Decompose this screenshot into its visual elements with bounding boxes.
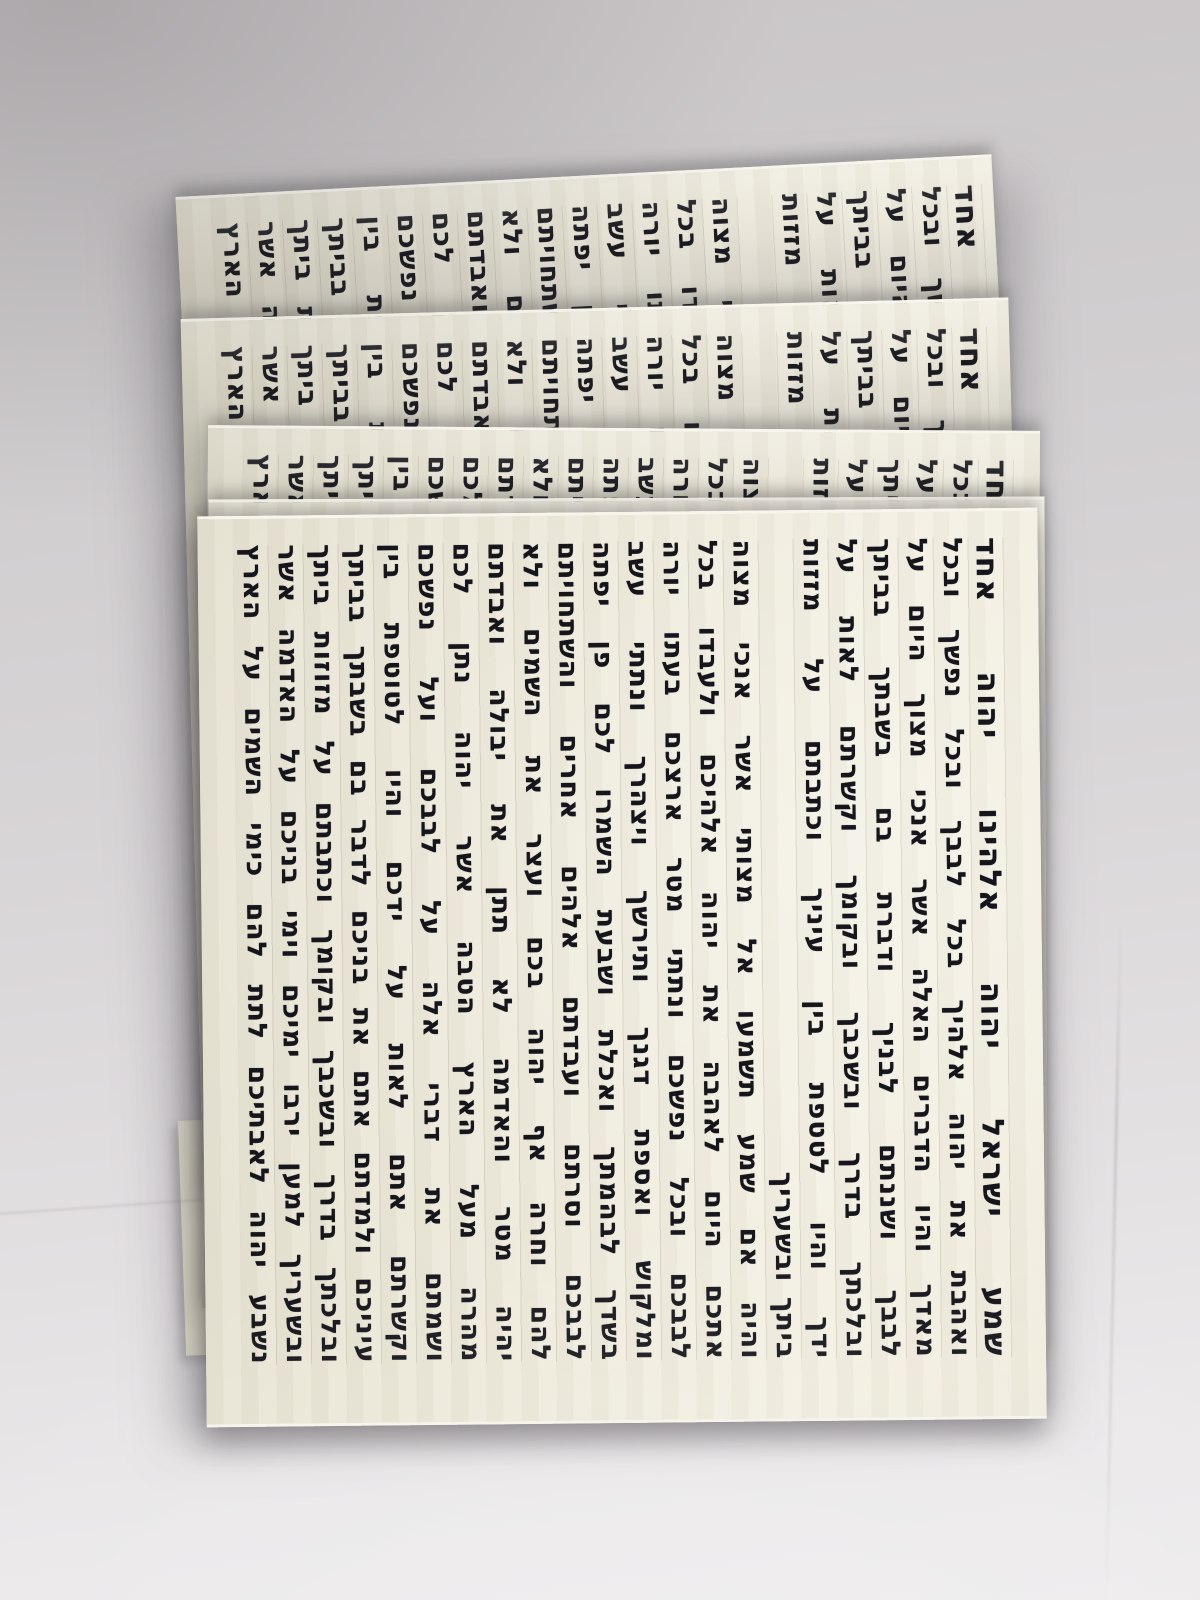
hebrew-scroll-text: שמע ישראל יהוה אלהינו יהוה אחדואהבת את י… [234, 537, 1013, 1365]
photo-scene: שמע ישראל יהוה אלהינו יהוה אחדואהבת את י… [0, 0, 1200, 1600]
backdrop-crease-right [1105, 920, 1122, 1600]
parchment-sheet-front: שמע ישראל יהוה אלהינו יהוה אחדואהבת את י… [197, 508, 1046, 1428]
